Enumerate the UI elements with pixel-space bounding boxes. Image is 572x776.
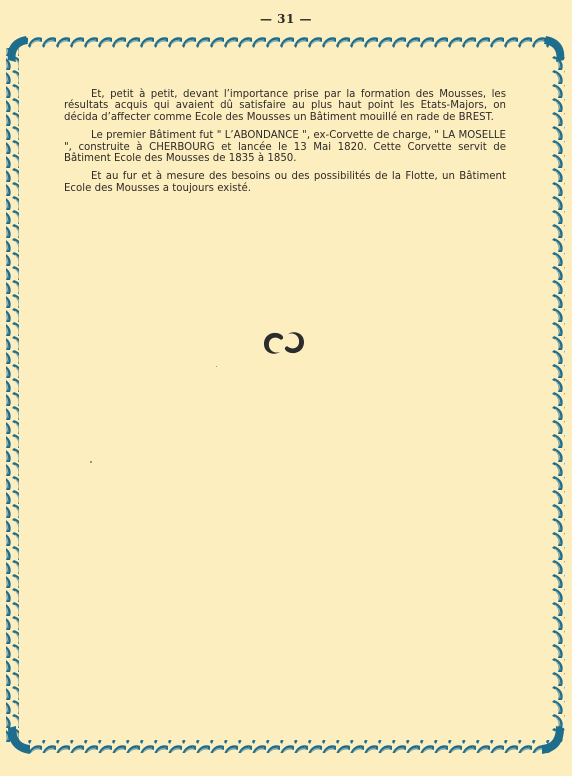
rope-knot-ornament-icon	[260, 328, 308, 358]
body-text: Et, petit à petit, devant l’importance p…	[64, 89, 506, 201]
paper-speck	[216, 366, 217, 367]
paragraph: Et au fur et à mesure des besoins ou des…	[64, 171, 506, 194]
paragraph: Le premier Bâtiment fut " L’ABONDANCE ",…	[64, 130, 506, 164]
paper-speck	[90, 461, 92, 463]
paragraph: Et, petit à petit, devant l’importance p…	[64, 89, 506, 123]
